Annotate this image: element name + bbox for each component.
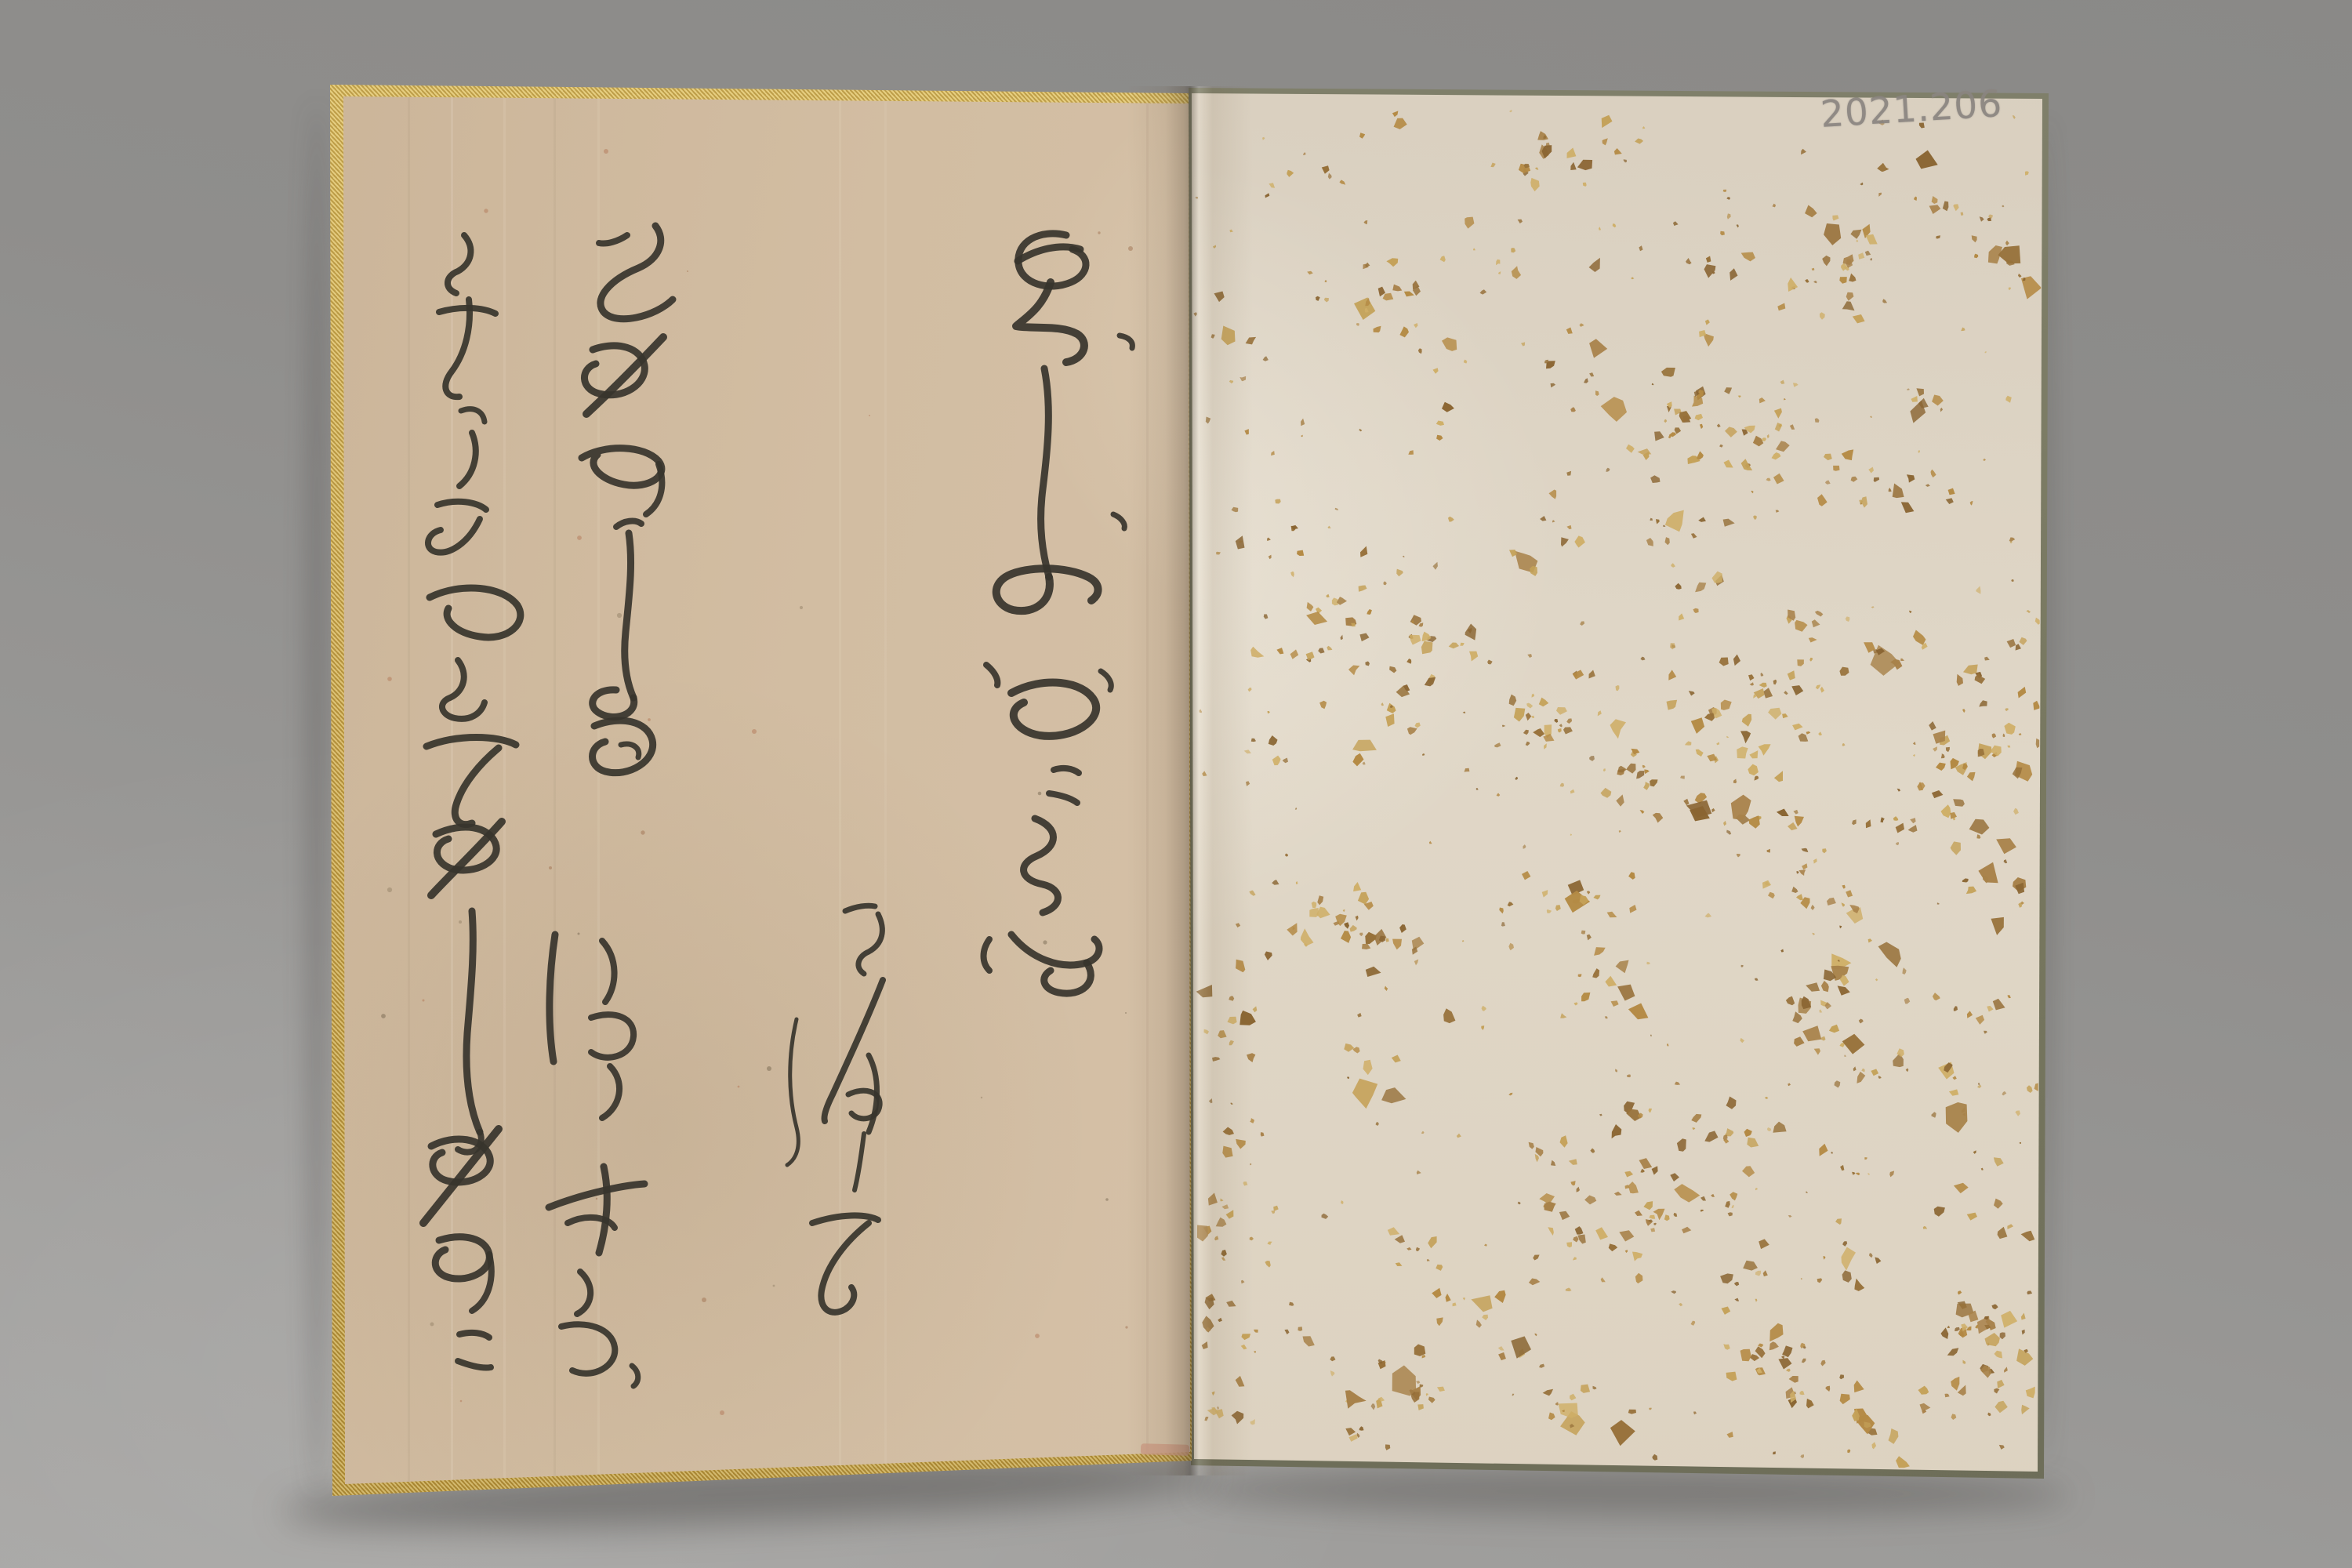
calligraphy	[0, 0, 2352, 1568]
paper-fiber-specks	[381, 149, 1133, 1415]
photo-stage: 2021.206	[0, 0, 2352, 1568]
calligraphy-title-column	[984, 234, 1133, 993]
calligraphy-poem-line-1	[549, 226, 673, 1386]
calligraphy-signature	[787, 906, 883, 1312]
calligraphy-poem-line-2	[423, 235, 521, 1368]
